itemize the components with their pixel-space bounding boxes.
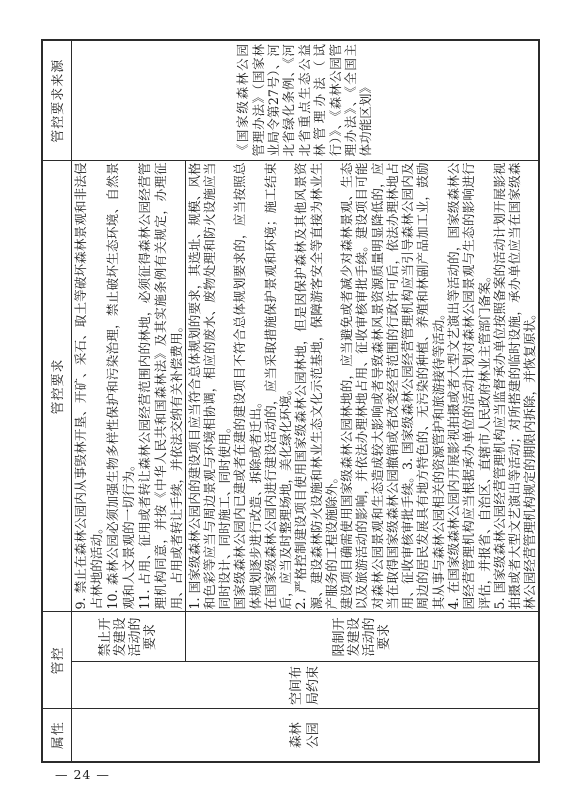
source-cell: 《国家级森林公园管理办法》（国家林业局令第27号）、河北省绿化条例、《河北省重点…	[71, 40, 539, 161]
requirement-paragraph: 5. 国家级森林公园经营管理机构应当监督承办单位按照备案的活动计划开展影视拍摄或…	[492, 162, 538, 609]
attribute-value-cell: 森林公园	[71, 709, 539, 762]
requirement-paragraph: 国家级森林公园内已建或者在建的建设项目不符合总体规划要求的，应当按照总体规划逐步…	[232, 162, 263, 609]
requirement-paragraph: 4. 在国家级森林公园内开展影视拍摄或者大型文艺演出等活动的，国家级森林公园经营…	[446, 162, 492, 609]
document-page: { "colors": { "text": "#1c1c1c", "border…	[0, 0, 568, 792]
requirements-restricted-cell: 1. 国家级森林公园内的建设项目应当符合总体规划的要求，其选址、规模、风格和色彩…	[185, 161, 539, 612]
requirement-paragraph: 建设项目确需使用国家级森林公园林地的，应当避免或者减少对森林景观、生态以及旅游活…	[339, 162, 446, 609]
requirement-paragraph: 1. 国家级森林公园内的建设项目应当符合总体规划的要求，其选址、规模、风格和色彩…	[187, 162, 233, 609]
requirement-paragraph: 11. 占用、征用或者转让森林公园经营范围内的林地，必须征得森林公园经营管理机构…	[137, 162, 185, 609]
requirement-paragraph: 在国家级森林公园内进行建设活动的，应当采取措施保护景观和环境；施工结束后，应当及…	[263, 162, 294, 609]
requirement-paragraph: 10. 森林公园必须加强生物多样性保护和污染治理，禁止破坏生态环境、自然景观和人…	[105, 162, 137, 609]
header-requirements: 管控要求	[42, 161, 71, 612]
requirement-paragraph: 9. 禁止在森林公园内从事毁林开垦、开矿、采石、取土等破坏森林景观和非法侵占林地…	[73, 162, 105, 609]
header-control: 管控	[42, 612, 71, 709]
row-label-prohibited: 禁止开发建设活动的要求	[71, 612, 185, 662]
control-requirements-table: 属性 管控 管控要求 管控要求来源 森林公园 空间布局约束 禁止开发建设活动的要…	[41, 39, 540, 763]
source-text: 《国家级森林公园管理办法》（国家林业局令第27号）、河北省绿化条例、《河北省重点…	[235, 44, 374, 157]
requirements-prohibited-cell: 9. 禁止在森林公园内从事毁林开垦、开矿、采石、取土等破坏森林景观和非法侵占林地…	[71, 161, 185, 612]
page-number: — 24 —	[55, 767, 110, 782]
rotated-landscape-table: 属性 管控 管控要求 管控要求来源 森林公园 空间布局约束 禁止开发建设活动的要…	[41, 41, 533, 763]
header-source: 管控要求来源	[42, 40, 71, 161]
header-attribute: 属性	[42, 709, 71, 762]
row-label-restricted: 限制开发建设活动的要求	[185, 612, 539, 662]
control-type-cell: 空间布局约束	[71, 662, 539, 709]
requirement-paragraph: 2. 严格控制建设项目使用国家级森林公园林地，但是因保护森林及其他风景资源、建设…	[293, 162, 339, 609]
